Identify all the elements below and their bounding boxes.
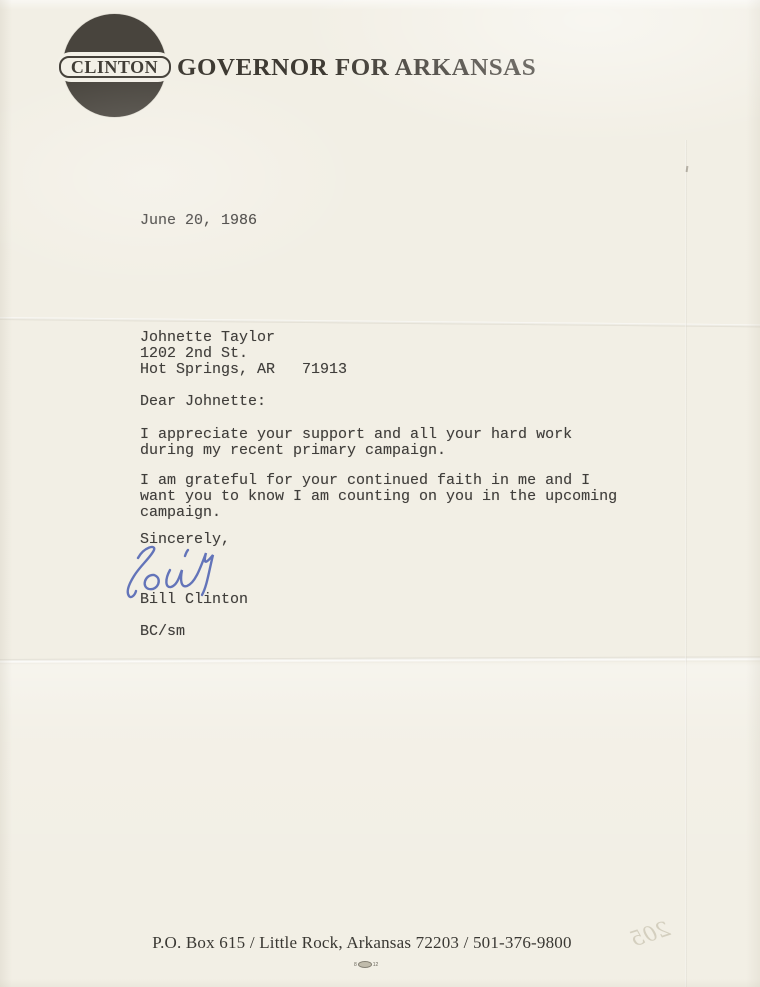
campaign-logo-text: CLINTON xyxy=(59,56,171,78)
paper-nick xyxy=(686,166,689,172)
body-paragraph-2: I am grateful for your continued faith i… xyxy=(140,473,617,521)
scanned-letter-page: { "letterhead": { "logo_text": "CLINTON"… xyxy=(0,0,760,987)
union-bug-left-number: 8 xyxy=(354,962,357,968)
fold-crease-upper xyxy=(0,317,760,327)
fold-crease-vertical xyxy=(685,140,687,987)
body-paragraph-1: I appreciate your support and all your h… xyxy=(140,427,572,459)
salutation: Dear Johnette: xyxy=(140,394,266,410)
handwritten-signature xyxy=(124,542,244,602)
campaign-logo-band: CLINTON xyxy=(56,52,173,82)
typist-initials: BC/sm xyxy=(140,624,185,640)
letter-date: June 20, 1986 xyxy=(140,213,257,229)
union-bug-mark: 8 12 xyxy=(354,961,378,968)
footer-contact-line: P.O. Box 615 / Little Rock, Arkansas 722… xyxy=(0,933,742,953)
letterhead-title: GOVERNOR FOR ARKANSAS xyxy=(177,55,536,82)
union-bug-oval-icon xyxy=(358,961,372,968)
union-bug-right-number: 12 xyxy=(373,962,379,968)
fold-crease-lower xyxy=(0,656,760,664)
recipient-address-block: Johnette Taylor 1202 2nd St. Hot Springs… xyxy=(140,330,347,378)
